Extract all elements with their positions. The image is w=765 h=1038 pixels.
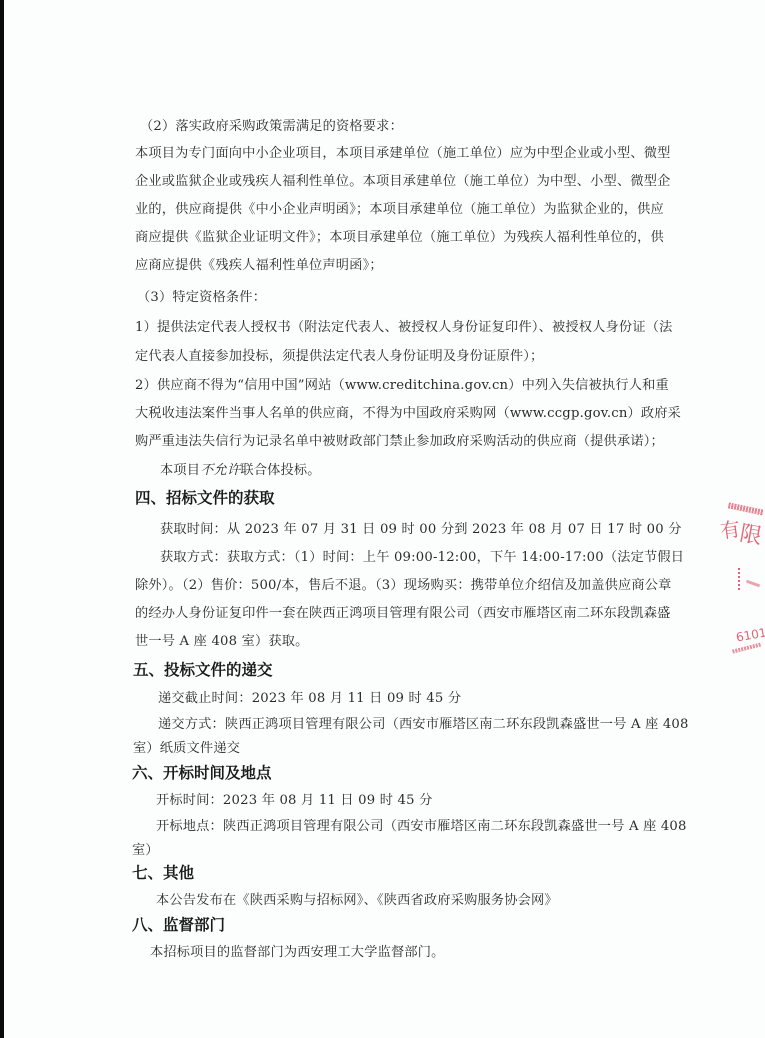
consortium-suffix: 联合体投标。 bbox=[240, 463, 320, 478]
consortium-statement: 本项目不允许联合体投标。 bbox=[160, 462, 321, 480]
paragraph-line: 递交方式：陕西正鸿项目管理有限公司（西安市雁塔区南二环东段凯森盛世一号 A 座 … bbox=[158, 716, 689, 734]
paragraph-line: 商应提供《监狱企业证明文件》；本项目承建单位（施工单位）为残疾人福利性单位的，供 bbox=[135, 229, 664, 247]
paragraph-line: 应商应提供《残疾人福利性单位声明函》； bbox=[135, 257, 383, 275]
paragraph-line: 的经办人身份证复印件一套在陕西正鸿项目管理有限公司（西安市雁塔区南二环东段凯森盛 bbox=[135, 605, 671, 623]
consortium-prefix: 本项目 bbox=[160, 463, 200, 478]
paragraph-line: 企业或监狱企业或残疾人福利性单位。本项目承建单位（施工单位）为中型、小型、微型企 bbox=[135, 173, 671, 191]
paragraph-line: 递交截止时间：2023 年 08 月 11 日 09 时 45 分 bbox=[158, 690, 461, 708]
seal-mark bbox=[746, 580, 760, 588]
paragraph-line: 2）供应商不得为“信用中国”网站（www.creditchina.gov.cn）… bbox=[135, 377, 669, 395]
paragraph-line: 1）提供法定代表人授权书（附法定代表人、被授权人身份证复印件）、被授权人身份证（… bbox=[135, 319, 673, 337]
paragraph-line: 获取时间：从 2023 年 07 月 31 日 09 时 00 分到 2023 … bbox=[160, 521, 682, 539]
consortium-emphasis: 不允许 bbox=[200, 463, 240, 478]
paragraph-line: 购严重违法失信行为记录名单中被财政部门禁止参加政府采购活动的供应商（提供承诺）； bbox=[135, 433, 664, 451]
section-heading-4: 四、招标文件的获取 bbox=[135, 488, 275, 508]
paragraph-line: 开标时间：2023 年 08 月 11 日 09 时 45 分 bbox=[156, 792, 433, 810]
paragraph-line: 本公告发布在《陕西采购与招标网》、《陕西省政府采购服务协会网》 bbox=[156, 892, 558, 910]
subsection-title: （3）特定资格条件： bbox=[137, 289, 266, 307]
seal-char: 限 bbox=[737, 516, 764, 550]
paragraph-line: 世一号 A 座 408 室）获取。 bbox=[135, 633, 309, 651]
section-heading-7: 七、其他 bbox=[132, 863, 194, 883]
paragraph-line: 室）纸质文件递交 bbox=[133, 740, 240, 758]
document-page: （2）落实政府采购政策需满足的资格要求： 本项目为专门面向中小企业项目，本项目承… bbox=[0, 0, 765, 1038]
section-heading-5: 五、投标文件的递交 bbox=[133, 660, 273, 680]
official-seal-stamp: 有 限 6101 bbox=[718, 500, 765, 660]
paragraph-line: 业的，供应商提供《中小企业声明函》；本项目承建单位（施工单位）为监狱企业的，供应 bbox=[135, 201, 664, 219]
paragraph-line: 获取方式：获取方式：（1）时间：上午 09:00-12:00，下午 14:00-… bbox=[160, 549, 684, 567]
paragraph-line: 大税收违法案件当事人名单的供应商，不得为中国政府采购网（www.ccgp.gov… bbox=[135, 405, 681, 423]
paragraph-line: 本招标项目的监督部门为西安理工大学监督部门。 bbox=[150, 944, 445, 962]
paragraph-line: 室） bbox=[132, 842, 159, 860]
section-heading-8: 八、监督部门 bbox=[132, 915, 225, 935]
paragraph-line: 除外）。（2）售价：500/本，售后不退。（3）现场购买：携带单位介绍信及加盖供… bbox=[135, 577, 672, 595]
section-heading-6: 六、开标时间及地点 bbox=[132, 763, 272, 783]
paragraph-line: 开标地点：陕西正鸿项目管理有限公司（西安市雁塔区南二环东段凯森盛世一号 A 座 … bbox=[156, 818, 687, 836]
subsection-title: （2）落实政府采购政策需满足的资格要求： bbox=[140, 118, 403, 136]
paragraph-line: 本项目为专门面向中小企业项目，本项目承建单位（施工单位）应为中型企业或小型、微型 bbox=[135, 145, 671, 163]
paragraph-line: 定代表人直接参加投标，须提供法定代表人身份证明及身份证原件）； bbox=[135, 348, 543, 366]
seal-mark bbox=[738, 568, 743, 590]
